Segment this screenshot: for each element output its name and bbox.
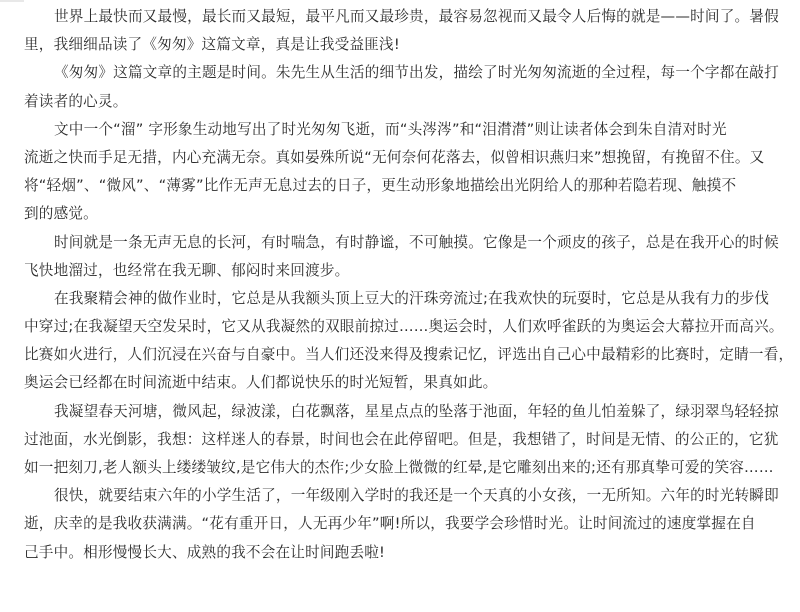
text-line: 如一把刻刀,老人额头上缕缕皱纹,是它伟大的杰作;少女脸上微微的红晕,是它雕刻出来… <box>24 454 786 482</box>
text-line: 比赛如火进行，人们沉浸在兴奋与自豪中。当人们还没来得及搜索记忆，评选出自己心中最… <box>24 341 786 369</box>
page-edge-divider <box>0 0 24 2</box>
text-line: 逝，庆幸的是我收获满满。“花有重开日，人无再少年”啊!所以，我要学会珍惜时光。让… <box>24 510 786 538</box>
text-line: 将“轻烟”、“微风”、“薄雾”比作无声无息过去的日子，更生动形象地描绘出光阴给人… <box>24 172 786 200</box>
paragraph-6: 我凝望春天河塘，微风起，绿波漾，白花飘落，星星点点的坠落于池面，年轻的鱼儿怕羞躲… <box>24 398 786 483</box>
text-line: 里，我细细品读了《匆匆》这篇文章，真是让我受益匪浅! <box>24 31 786 59</box>
text-line: 我凝望春天河塘，微风起，绿波漾，白花飘落，星星点点的坠落于池面，年轻的鱼儿怕羞躲… <box>24 398 786 426</box>
text-line: 过池面，水光倒影，我想：这样迷人的春景，时间也会在此停留吧。但是，我想错了，时间… <box>24 426 786 454</box>
paragraph-1: 世界上最快而又最慢，最长而又最短，最平凡而又最珍贵，最容易忽视而又最令人后悔的就… <box>24 3 786 59</box>
text-line: 己手中。相形慢慢长大、成熟的我不会在让时间跑丢啦! <box>24 539 786 567</box>
text-line: 很快，就要结束六年的小学生活了，一年级刚入学时的我还是一个天真的小女孩，一无所知… <box>24 482 786 510</box>
text-line: 时间就是一条无声无息的长河，有时喘急，有时静谧，不可触摸。它像是一个顽皮的孩子，… <box>24 229 786 257</box>
text-line: 在我聚精会神的做作业时，它总是从我额头顶上豆大的汗珠旁流过;在我欢快的玩耍时，它… <box>24 285 786 313</box>
text-line: 着读者的心灵。 <box>24 88 786 116</box>
paragraph-4: 时间就是一条无声无息的长河，有时喘急，有时静谧，不可触摸。它像是一个顽皮的孩子，… <box>24 229 786 285</box>
text-line: 《匆匆》这篇文章的主题是时间。朱先生从生活的细节出发，描绘了时光匆匆流逝的全过程… <box>24 59 786 87</box>
text-line: 到的感觉。 <box>24 200 786 228</box>
text-line: 流逝之快而手足无措，内心充满无奈。真如晏殊所说“无何奈何花落去，似曾相识燕归来”… <box>24 144 786 172</box>
text-line: 世界上最快而又最慢，最长而又最短，最平凡而又最珍贵，最容易忽视而又最令人后悔的就… <box>24 3 786 31</box>
paragraph-5: 在我聚精会神的做作业时，它总是从我额头顶上豆大的汗珠旁流过;在我欢快的玩耍时，它… <box>24 285 786 398</box>
text-line: 飞快地溜过，也经常在我无聊、郁闷时来回渡步。 <box>24 257 786 285</box>
paragraph-7: 很快，就要结束六年的小学生活了，一年级刚入学时的我还是一个天真的小女孩，一无所知… <box>24 482 786 567</box>
paragraph-2: 《匆匆》这篇文章的主题是时间。朱先生从生活的细节出发，描绘了时光匆匆流逝的全过程… <box>24 59 786 115</box>
text-line: 文中一个“溜” 字形象生动地写出了时光匆匆飞逝，而“头涔涔”和“泪潸潸”则让读者… <box>24 116 786 144</box>
text-line: 中穿过;在我凝望天空发呆时，它又从我凝然的双眼前掠过……奥运会时，人们欢呼雀跃的… <box>24 313 786 341</box>
paragraph-3: 文中一个“溜” 字形象生动地写出了时光匆匆飞逝，而“头涔涔”和“泪潸潸”则让读者… <box>24 116 786 229</box>
essay-document: 世界上最快而又最慢，最长而又最短，最平凡而又最珍贵，最容易忽视而又最令人后悔的就… <box>24 3 786 567</box>
text-line: 奥运会已经都在时间流逝中结束。人们都说快乐的时光短暂，果真如此。 <box>24 369 786 397</box>
